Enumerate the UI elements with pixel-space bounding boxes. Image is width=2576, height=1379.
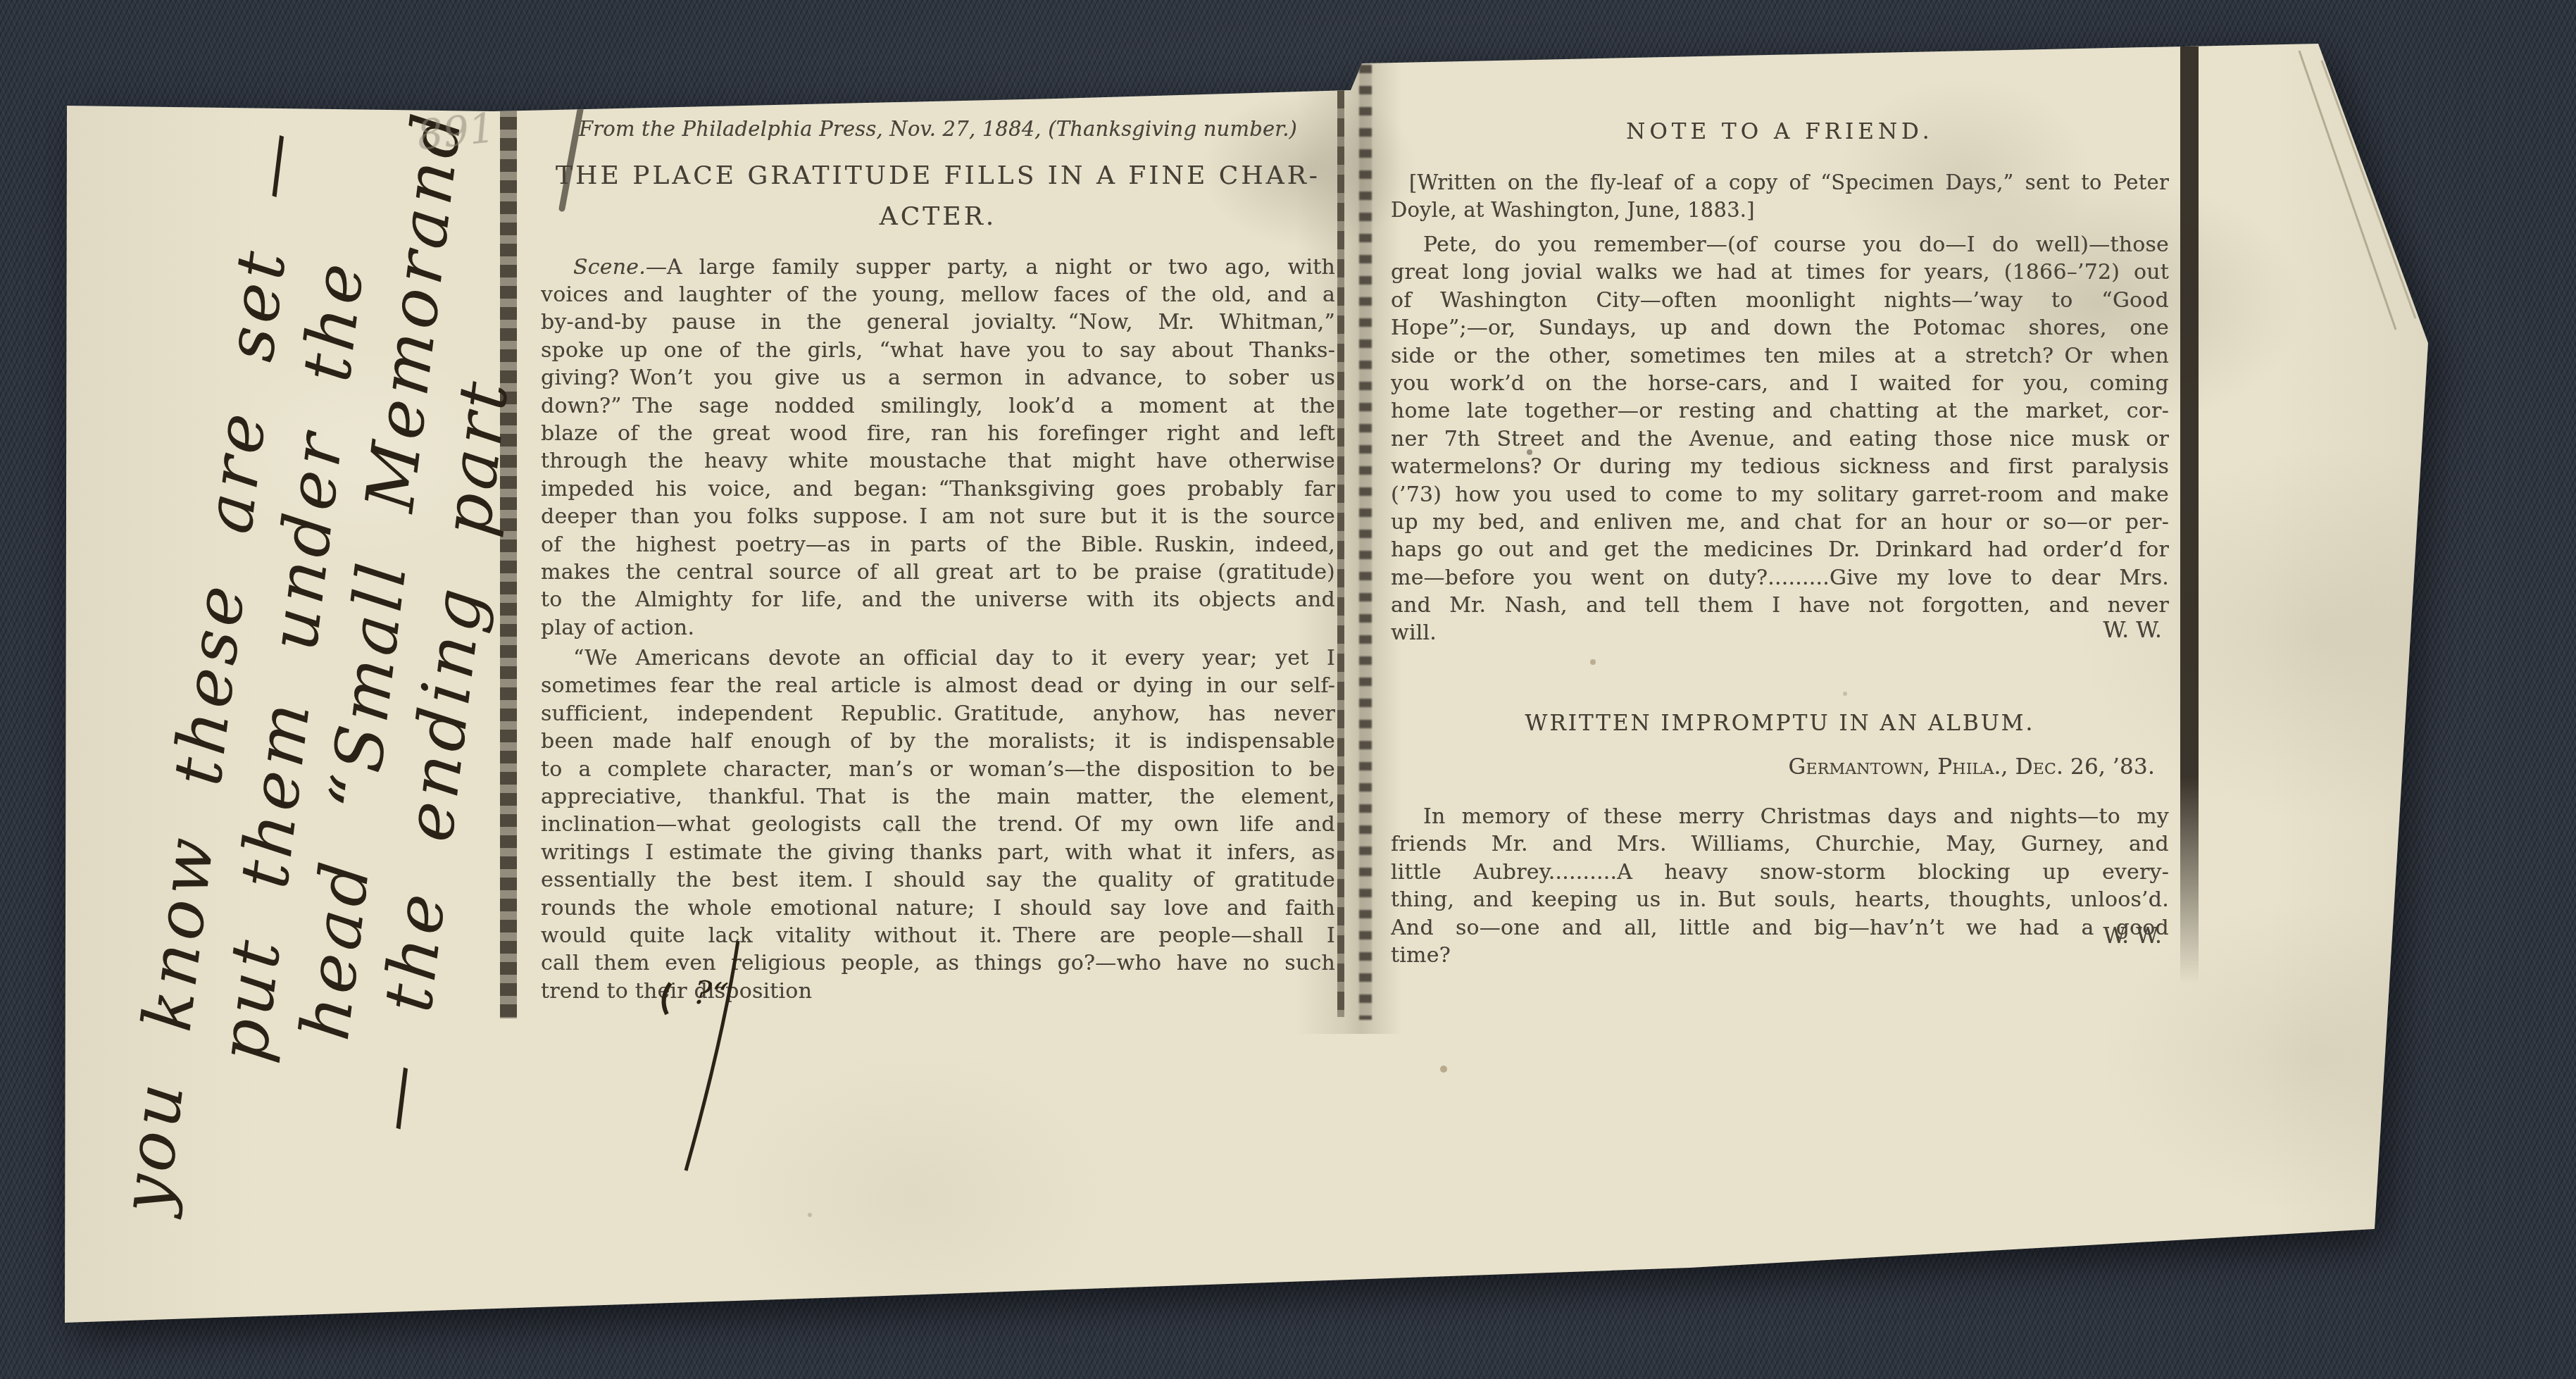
- scrapbook-page: you know these are set — put them under …: [0, 0, 2576, 1379]
- text-line: trend to their disposition: [541, 978, 1335, 1005]
- foxing-spot: [1440, 1066, 1447, 1073]
- text-line: Hope”;—or, Sundays, up and down the Poto…: [1391, 314, 2169, 342]
- text-line: to a complete character, man’s or woman’…: [541, 756, 1335, 783]
- text-line: (’73) how you used to come to my solitar…: [1391, 481, 2169, 508]
- article-title-line-1: THE PLACE GRATITUDE FILLS IN A FINE CHAR…: [541, 162, 1335, 189]
- text-line: inclination—what geologists call the tre…: [541, 811, 1335, 838]
- text-line: haps go out and get the medicines Dr. Dr…: [1391, 536, 2169, 563]
- right-clipping-torn-edge: [1359, 65, 1372, 1020]
- foxing-spot: [1590, 659, 1596, 665]
- text-line: you work’d on the horse-cars, and I wait…: [1391, 370, 2169, 397]
- text-line: rounds the whole emotional nature; I sho…: [541, 894, 1335, 922]
- text-line: been made half enough of by the moralist…: [541, 728, 1335, 755]
- text-line: through the heavy white moustache that m…: [541, 447, 1335, 475]
- scene-lead: Scene.: [573, 255, 646, 280]
- text-line: up my bed, and enliven me, and chat for …: [1391, 508, 2169, 536]
- scene-rest: —A large family supper party, a night or…: [646, 255, 1335, 280]
- article-paragraph-2: “We Americans devote an official day to …: [541, 644, 1335, 1005]
- text-line: me—before you went on duty?.........Give…: [1391, 564, 2169, 592]
- text-line: down?” The sage nodded smilingly, look’d…: [541, 392, 1335, 420]
- foxing-spot: [808, 1213, 812, 1217]
- text-line: essentially the best item. I should say …: [541, 866, 1335, 894]
- left-column-rule-right: [1337, 90, 1344, 1017]
- text-line: writings I estimate the giving thanks pa…: [541, 839, 1335, 866]
- text-line: [Written on the fly-leaf of a copy of “S…: [1391, 169, 2169, 196]
- foxing-spot: [1843, 692, 1847, 696]
- text-line: call them even religious people, as thin…: [541, 949, 1335, 977]
- text-line: giving? Won’t you give us a sermon in ad…: [541, 364, 1335, 392]
- paper-shadow: you know these are set — put them under …: [0, 0, 2576, 1379]
- album-dateline: Germantown, Phila., Dec. 26, ’83.: [1634, 754, 2155, 781]
- text-line: and Mr. Nash, and tell them I have not f…: [1391, 592, 2169, 619]
- text-line: friends Mr. and Mrs. Williams, Churchie,…: [1391, 830, 2169, 858]
- article-title-line-2: ACTER.: [541, 203, 1335, 230]
- text-line: ner 7th Street and the Avenue, and eatin…: [1391, 425, 2169, 453]
- note-body: Pete, do you remember—(of course you do—…: [1391, 231, 2169, 647]
- text-line: Doyle, at Washington, June, 1883.]: [1391, 196, 2169, 224]
- text-line: of Washington City—often moonlight night…: [1391, 287, 2169, 314]
- text-line: sufficient, independent Republic. Gratit…: [541, 700, 1335, 728]
- text-line: voices and laughter of the young, mellow…: [541, 281, 1335, 308]
- scan-backdrop: you know these are set — put them under …: [0, 0, 2576, 1379]
- text-line: “We Americans devote an official day to …: [541, 644, 1335, 672]
- text-line: great long jovial walks we had at times …: [1391, 258, 2169, 286]
- note-attribution: [Written on the fly-leaf of a copy of “S…: [1391, 169, 2169, 225]
- fold-crease-line: [2299, 51, 2396, 330]
- text-line: makes the central source of all great ar…: [541, 559, 1335, 586]
- album-heading: WRITTEN IMPROMPTU IN AN ALBUM.: [1391, 710, 2169, 737]
- text-line: blaze of the great wood fire, ran his fo…: [541, 420, 1335, 447]
- text-line: side or the other, sometimes ten miles a…: [1391, 342, 2169, 370]
- text-line: deeper than you folks suppose. I am not …: [541, 503, 1335, 530]
- text-line: watermelons? Or during my tedious sickne…: [1391, 453, 2169, 480]
- fold-crease-line: [2322, 61, 2415, 318]
- text-line: thing, and keeping us in. But souls, hea…: [1391, 886, 2169, 913]
- text-line: In memory of these merry Christmas days …: [1391, 803, 2169, 830]
- text-line: Pete, do you remember—(of course you do—…: [1391, 231, 2169, 258]
- signature-ww-2: W. W.: [2028, 923, 2162, 950]
- text-line: by-and-by pause in the general jovialty.…: [541, 308, 1335, 336]
- clipping-source-line: From the Philadelphia Press, Nov. 27, 18…: [541, 116, 1335, 143]
- note-heading: NOTE TO A FRIEND.: [1391, 118, 2169, 146]
- text-line: to the Almighty for life, and the univer…: [541, 586, 1335, 613]
- right-column-rule: [2180, 46, 2199, 983]
- text-line: home late together—or resting and chatti…: [1391, 397, 2169, 425]
- article-paragraph-1: voices and laughter of the young, mellow…: [541, 281, 1335, 642]
- text-line: sometimes fear the real article is almos…: [541, 672, 1335, 699]
- text-line: little Aubrey..........A heavy snow-stor…: [1391, 859, 2169, 886]
- paragraph-first-line: Scene.—A large family supper party, a ni…: [541, 254, 1335, 281]
- text-line: of the highest poetry—as in parts of the…: [541, 531, 1335, 559]
- signature-ww-1: W. W.: [2028, 617, 2162, 644]
- text-line: would quite lack vitality without it. Th…: [541, 922, 1335, 949]
- text-line: spoke up one of the girls, “what have yo…: [541, 337, 1335, 364]
- text-line: appreciative, thankful. That is the main…: [541, 783, 1335, 811]
- text-line: play of action.: [541, 614, 1335, 642]
- handwritten-marginalia: you know these are set — put them under …: [106, 208, 542, 1247]
- text-line: impeded his voice, and began: “Thanksgiv…: [541, 475, 1335, 503]
